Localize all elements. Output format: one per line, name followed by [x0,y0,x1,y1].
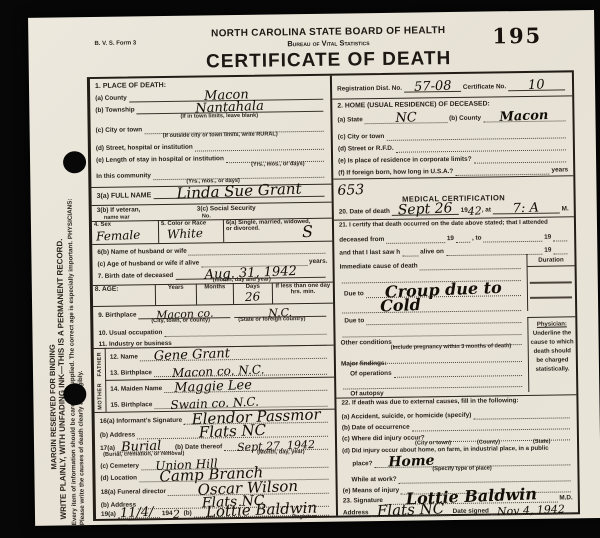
sex-cell: 4. Sex Female [92,220,159,244]
birthplace-hint2: (State or foreign country) [238,316,305,323]
burial-type-hint: (Burial, cremation, or removal) [103,451,184,458]
right-column: Registration Dist. No. 57-08 Certificate… [330,72,578,515]
occupation-label: 10. Usual occupation [98,330,162,338]
due-to-1-label: Due to [344,292,364,299]
father-name-label: 12. Name [110,355,138,362]
marital-label2: or divorced. [226,226,260,232]
city-hint: (If outside city or town limits, write R… [163,131,278,139]
death-certificate-scan: { "page_number": "195", "header": { "for… [0,0,600,538]
filing-year-printed: 194 [162,511,173,518]
husband-row: 6(b) Name of husband or wife [97,244,327,257]
age-months-cell: Months [197,283,234,305]
registration-dist-value: 57-08 [413,80,451,95]
certificate-no-label: Certificate No. [463,85,506,92]
injury-place-label1: (d) Did injury occur about home, on farm… [342,446,549,455]
age-less-cell: If less than one day hrs. min. [273,282,333,304]
cemetery-label: (c) Cemetery [100,464,139,471]
certificate-page-number: 195 [492,23,542,49]
certify-line2-row: deceased from 19 , to 19 [339,231,569,244]
age-years-cell: Years [156,284,197,306]
death-year-value: 42 [468,206,482,218]
certify-line1-row: 21. I certify that death occurred on the… [339,219,569,229]
form-number: B. V. S. Form 3 [94,40,136,47]
certificate-no-value: 10 [528,79,545,93]
other-conditions-hint: (Include pregnancy within 3 months of de… [391,343,512,351]
immediate-cause-row: Immediate cause of death [339,259,522,272]
birthplace-hint1: (City, town, or county) [151,317,210,324]
place-stay-label: (e) Length of stay in hospital or instit… [96,156,224,165]
age-years-label: Years [168,285,184,291]
funeral-director-label: 18(a) Funeral director [101,489,166,497]
mother-name-label: 14. Maiden Name [110,386,162,393]
physician-note-title: Physician: [530,320,573,330]
mother-side-label: MOTHER [97,382,103,409]
registration-dist-label: Registration Dist. No. [337,86,402,94]
while-at-work-label: While at work? [352,477,397,484]
injury-place-label2: place? [352,461,372,468]
home-county-value: Macon [500,109,549,125]
registration-row: Registration Dist. No. 57-08 Certificate… [337,80,567,93]
home-state-value: NC [395,112,417,126]
husband-label: 6(b) Name of husband or wife [97,249,187,257]
death-time-value: 7: A [513,202,540,217]
home-county-label: (b) County [449,116,481,123]
filing-year-value: 2 [172,509,179,521]
operations-label: Of operations [350,371,392,378]
other-conditions-label: Other conditions [341,340,392,347]
immediate-cause-label: Immediate cause of death [340,264,418,272]
injury-place-value: Home [388,454,435,471]
full-name-label: 3(a) FULL NAME [97,192,152,200]
sex-race-marital-row: 4. Sex Female 5. Color or Race White 6(a… [92,218,332,244]
margin-note-supplied: Every item of information should be care… [67,198,79,525]
injury-place-hint: (Specify type of place) [432,465,491,472]
age-months-label: Months [204,284,225,290]
registrar-title: Registrar [292,514,317,520]
home-state-label: (a) State [337,118,362,125]
home-street-row: (d) Street or R.F.D. [338,140,568,153]
mother-birthplace-label: 15. Birthplace [110,402,152,409]
mother-name-value: Maggie Lee [174,379,252,396]
certify-saw-label: and that I last saw h [339,250,400,258]
death-at-label: , at [482,208,491,215]
place-city-label: (c) City or town [96,128,143,135]
age-cell: 8. AGE: [93,284,156,306]
certify-19b: 19 [544,235,551,242]
township-hint: (If in town limits, leave blank) [180,113,258,120]
duration-label: Duration [527,253,574,267]
place-street-label: (d) Street, hospital or institution [96,145,193,153]
where-injury-label: (c) Where did injury occur? [342,436,425,444]
date-signed-value: Nov 4, 1942 [497,504,565,518]
mother-name-row: 14. Maiden Name Maggie Lee [110,381,329,394]
husband-age-suffix: years. [309,259,328,266]
filing-b-label: (b) [184,511,192,518]
birthdate-label: 7. Birth date of deceased [98,273,174,281]
place-street-row: (d) Street, hospital or institution [96,140,326,153]
certify-to-label: , to [472,236,482,243]
informant-signature-label: 16(a) Informant's Signature [100,418,183,426]
punch-hole-top [63,151,86,173]
father-birthplace-label: 13. Birthplace [110,370,152,377]
margin-note-permanent: WRITE PLAINLY, WITH UNFADING INK—THIS IS… [55,239,68,520]
age-hrs-label: hrs. [291,289,302,295]
certificate-form: 1. PLACE OF DEATH: (a) County Macon (b) … [87,70,580,521]
marital-value: S [302,222,314,241]
age-min-label: min. [303,289,315,295]
paper: MARGIN RESERVED FOR BINDING WRITE PLAINL… [28,10,600,526]
pencil-scribble [590,284,600,326]
ssn-label: 3(c) Social Security [197,206,256,214]
physician-address-row: Address Flats NC Date signed Nov 4, 1942 [343,504,573,517]
home-state-row: (a) State NC (b) County Macon [337,111,567,124]
certificate-title: CERTIFICATE OF DEATH [179,48,479,74]
certify-19a: 19 [447,236,454,243]
age-days-cell: Days 26 [234,283,273,305]
date-of-death-value: Sept 26 [398,202,453,219]
md-label: M.D. [559,496,573,503]
certify-line1: 21. I certify that death occurred on the… [339,220,548,229]
race-value: White [167,226,203,241]
place-county-label: (a) County [95,96,127,103]
sex-value: Female [96,228,141,244]
home-street-label: (d) Street or R.F.D. [338,146,394,153]
occurrence-label: (b) Date of occurrence [342,425,410,433]
physician-note-text: Underline the cause to which death shoul… [531,330,574,373]
father-side-label: FATHER [96,352,102,377]
death-m-label: M. [562,207,569,214]
external-causes-heading-row: 22. If death was due to external causes,… [341,397,571,407]
home-heading: 2. HOME (USUAL RESIDENCE) OF DECEASED: [337,100,490,109]
veteran-ssn-row: 3(b) If veteran, 3(c) Social Security [97,205,327,215]
home-foreign-suffix: years [551,168,568,175]
burial-date-hint: (Month, day, year) [257,449,305,456]
husband-age-label: (c) Age of husband or wife if alive [97,261,199,269]
date-signed-label: Date signed [453,509,489,516]
certify-alive-label: alive on [420,249,444,256]
home-corporate-row: (e) Is place of residence in corporate l… [338,152,568,165]
home-corporate-label: (e) Is place of residence in corporate l… [338,157,472,166]
marital-cell: 6(a) Single, married, widowed, or divorc… [224,218,332,243]
due-to-2-row: Due to [340,313,523,326]
date-of-death-row: 20. Date of death Sept 26 1942 , at 7: A… [339,203,569,216]
certify-from-label: deceased from [339,237,384,244]
father-side-box: FATHER [94,348,106,380]
home-city-row: (c) City or town [338,128,568,141]
sex-label: 4. Sex [94,222,111,228]
father-name-value: Gene Grant [154,347,231,364]
father-name-row: 12. Name Gene Grant [110,349,329,362]
father-birthplace-row: 13. Birthplace Macon co. N.C. [110,365,329,378]
place-community-label: In this community [96,173,151,180]
age-label: 8. AGE: [95,286,119,293]
birthplace-label: 9. Birthplace [98,313,136,320]
location-label: (d) Location [100,476,137,483]
physician-note-box: Physician: Underline the cause to which … [527,316,576,392]
physician-address-label: Address [343,510,369,517]
home-city-label: (c) City or town [338,134,385,141]
place-township-label: (b) Township [95,108,134,115]
mother-side-box: MOTHER [94,380,106,412]
date-of-death-label: 20. Date of death [339,209,390,216]
header-block: NORTH CAROLINA STATE BOARD OF HEALTH Bur… [178,25,479,74]
cause-line2-row: Cold [340,301,523,314]
full-name-row: 3(a) FULL NAME Linda Sue Grant [96,187,326,200]
full-name-value: Linda Sue Grant [176,182,302,203]
age-days-value: 26 [245,289,261,304]
filing-label: 19(a) [101,512,116,519]
veteran-label: 3(b) If veteran, [97,207,197,215]
filing-date-value: 11/4/ [120,506,154,521]
due-to-2-label: Due to [344,319,364,326]
stay-hint: (Yrs., mos., or days) [251,161,305,168]
cause-line2-value: Cold [380,297,421,315]
due-to-1-row: Due to Croup due to [340,286,523,299]
left-column: 1. PLACE OF DEATH: (a) County Macon (b) … [90,76,336,519]
informant-address-value: Flats NC [199,423,267,441]
injury-place-row1: (d) Did injury occur about home, on farm… [342,445,572,455]
external-causes-heading: 22. If death was due to external causes,… [341,398,518,407]
physician-address-value: Flats NC [377,502,445,520]
race-cell: 5. Color or Race White [159,219,224,243]
